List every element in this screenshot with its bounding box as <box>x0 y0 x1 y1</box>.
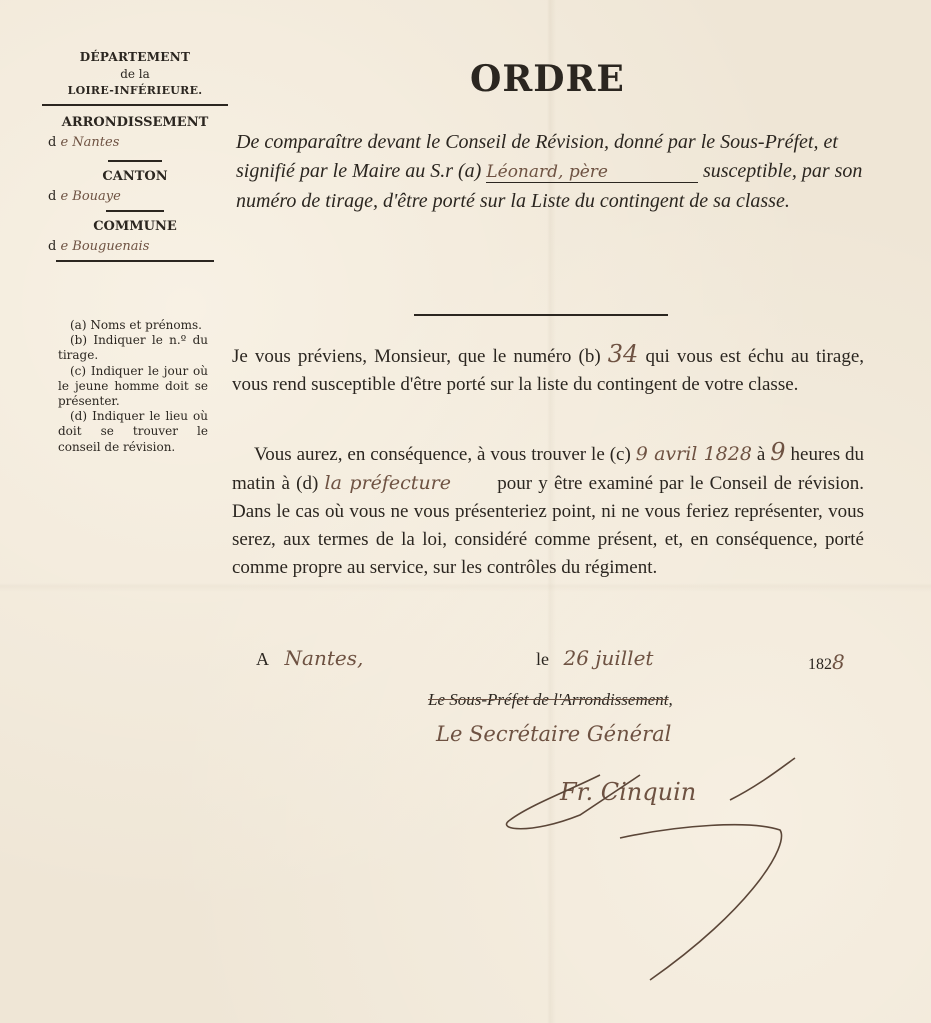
para1-start: Je vous préviens, Monsieur, que le numér… <box>232 346 601 367</box>
para2-b: à <box>757 444 765 465</box>
divider <box>106 210 164 212</box>
commune-label: COMMUNE <box>40 218 230 236</box>
department-name: LOIRE-INFÉRIEURE. <box>40 82 230 100</box>
signature-flourish-icon <box>490 750 810 990</box>
appearance-date: 9 avril 1828 <box>636 443 752 465</box>
divider <box>42 104 228 106</box>
footnote-a: (a) Noms et prénoms. <box>58 318 208 333</box>
department-label: DÉPARTEMENT <box>40 48 230 66</box>
struck-title: Le Sous-Préfet de l'Arrondissement <box>428 690 669 709</box>
arrondissement-field: d e Nantes <box>40 132 230 154</box>
footnote-b: (b) Indiquer le n.º du tirage. <box>58 333 208 363</box>
draw-number: 34 <box>608 340 639 368</box>
canton-prefix: d <box>48 189 56 204</box>
place-line: A Nantes, <box>256 646 363 670</box>
divider <box>56 260 214 262</box>
arrondissement-prefix: d <box>48 135 56 150</box>
place-prefix: A <box>256 649 268 669</box>
year: 1828 <box>808 650 845 674</box>
canton-value: e Bouaye <box>60 189 120 204</box>
sidebar-header-block: DÉPARTEMENT de la LOIRE-INFÉRIEURE. ARRO… <box>40 48 230 264</box>
commune-value: e Bouguenais <box>60 239 149 254</box>
date-prefix: le <box>536 649 549 669</box>
footnote-c: (c) Indiquer le jour où le jeune homme d… <box>58 364 208 410</box>
title-comma: , <box>669 690 673 709</box>
year-handwritten: 8 <box>832 650 845 674</box>
canton-label: CANTON <box>40 168 230 186</box>
replacement-title: Le Secrétaire Général <box>436 722 671 746</box>
para2-a: Vous aurez, en conséquence, à vous trouv… <box>254 444 631 465</box>
year-printed: 182 <box>808 656 832 673</box>
recipient-name: Léonard, père <box>486 162 698 183</box>
footnote-d: (d) Indiquer le lieu où doit se trouver … <box>58 409 208 455</box>
commune-field: d e Bouguenais <box>40 236 230 258</box>
arrondissement-label: ARRONDISSEMENT <box>40 114 230 132</box>
date-value: 26 juillet <box>564 646 654 670</box>
document-subtitle: De comparaître devant le Conseil de Révi… <box>236 128 866 216</box>
appearance-hour: 9 <box>770 438 785 466</box>
document-title: ORDRE <box>470 58 625 100</box>
section-divider <box>414 314 668 316</box>
canton-field: d e Bouaye <box>40 186 230 208</box>
paragraph-appearance: Vous aurez, en conséquence, à vous trouv… <box>232 438 864 582</box>
date-line: le 26 juillet <box>536 646 653 670</box>
appearance-place: la préfecture <box>325 472 492 494</box>
divider <box>108 160 162 162</box>
arrondissement-value: e Nantes <box>60 135 119 150</box>
paragraph-draw-number: Je vous préviens, Monsieur, que le numér… <box>232 340 864 399</box>
signatory-title: Le Sous-Préfet de l'Arrondissement, <box>428 690 673 710</box>
de-la-text: de la <box>40 66 230 82</box>
footnotes: (a) Noms et prénoms. (b) Indiquer le n.º… <box>58 318 208 455</box>
commune-prefix: d <box>48 239 56 254</box>
place-value: Nantes, <box>285 646 364 670</box>
